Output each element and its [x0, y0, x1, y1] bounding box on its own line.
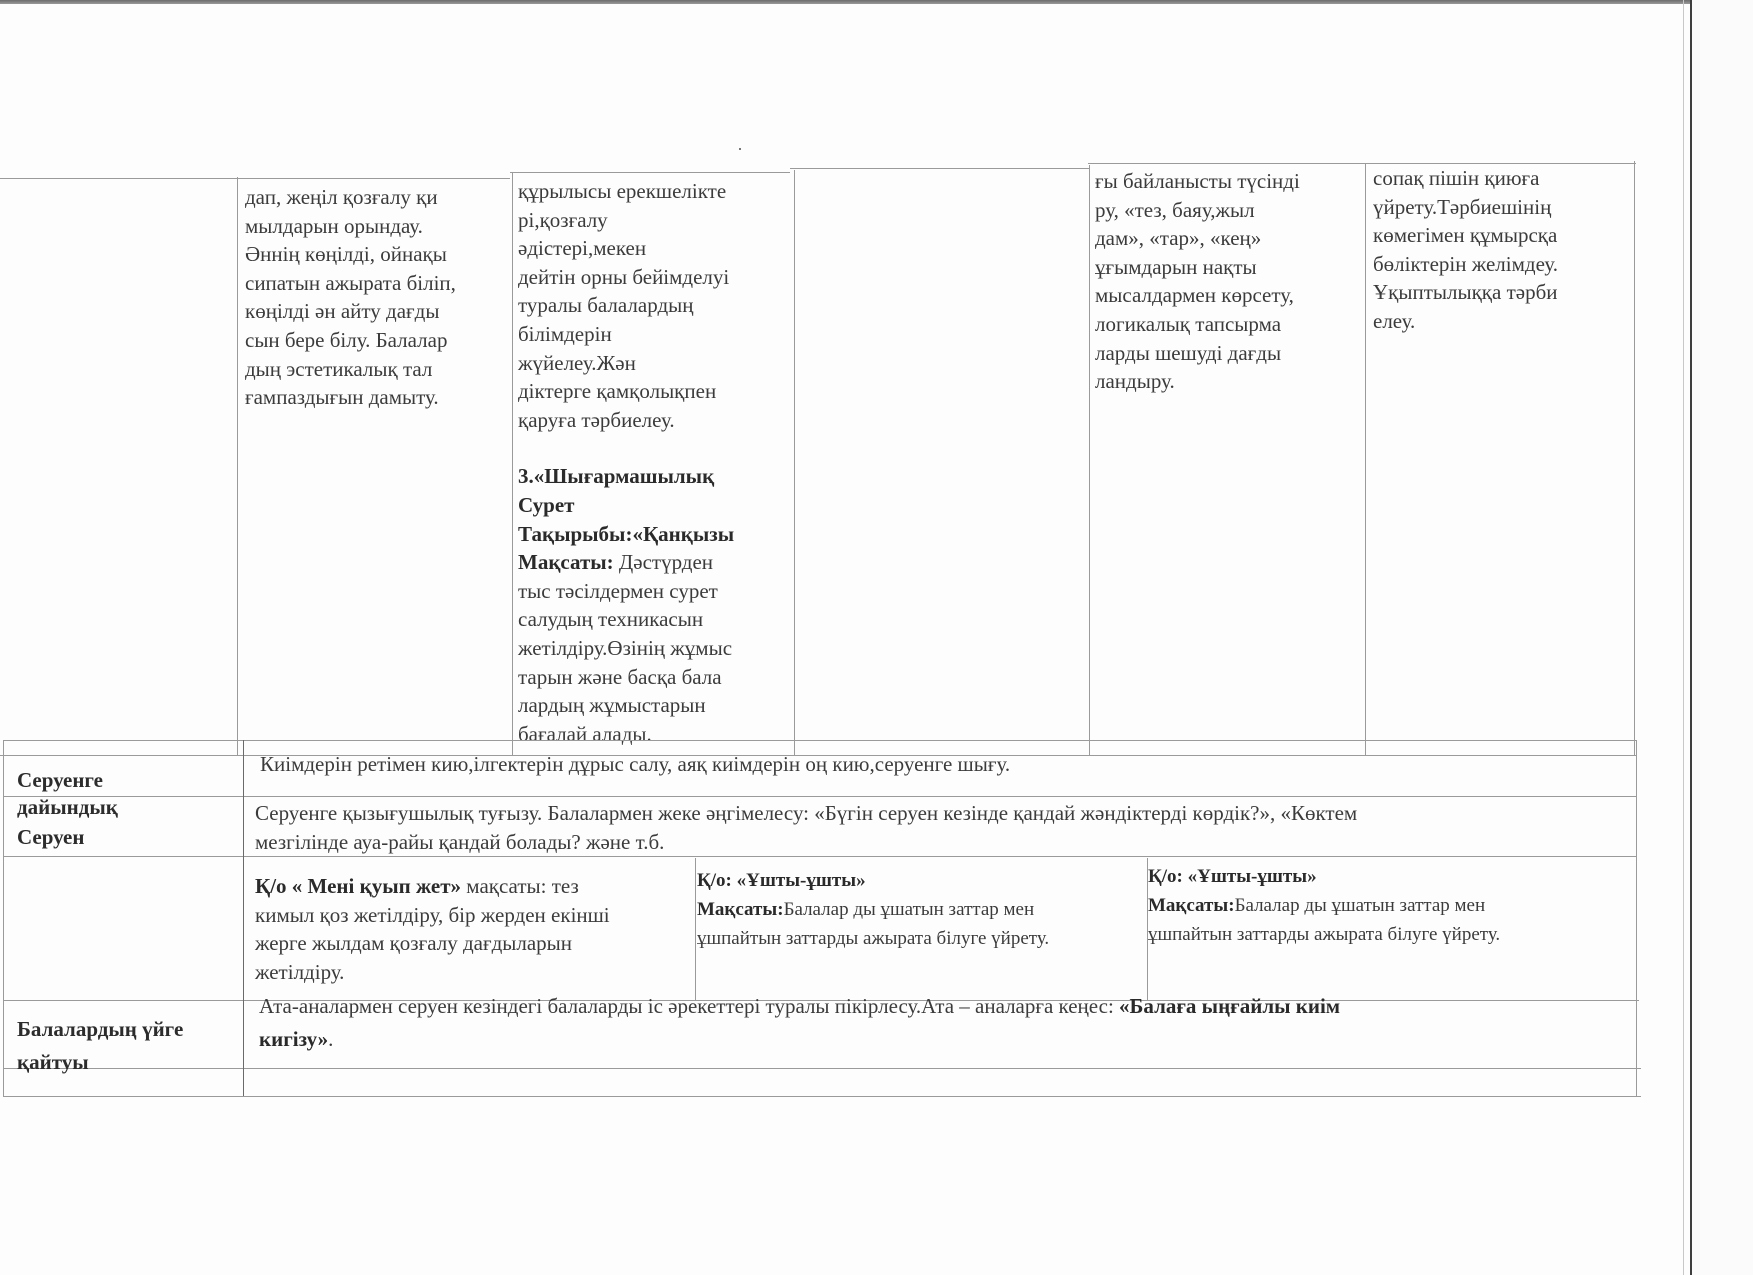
label-line: дайындық	[17, 794, 237, 821]
game-catch-me: Қ/о « Мені қуып жет» мақсаты: тез кимыл …	[255, 872, 691, 986]
text-line: үйрету.Тәрбиешінің	[1373, 193, 1631, 222]
row-text-walk-prep: Киімдерін ретімен кию,ілгектерін дұрыс с…	[260, 750, 1630, 779]
text-line: дың эстетикалық тал	[245, 355, 507, 384]
cell-nature-goals: құрылысы ерекшелікте рі,қозғалу әдістері…	[518, 177, 793, 748]
column-divider	[794, 170, 795, 755]
text-line: мезгілінде ауа-райы қандай болады? және …	[255, 828, 1630, 857]
text-line: білімдерін	[518, 320, 793, 349]
text-line: мысалдармен көрсету,	[1095, 281, 1363, 310]
row-divider	[3, 740, 1637, 741]
text-line: дейтін орны бейімделуі	[518, 263, 793, 292]
game-title: Қ/о: «Ұшты-ұшты»	[697, 870, 866, 891]
text-line: жетілдіру.Өзінің жұмыс	[518, 634, 793, 663]
row-label-walk: Серуен	[17, 824, 237, 851]
text-line: ұғымдарын нақты	[1095, 253, 1363, 282]
row-label-walk-prep: Серуенге дайындық	[17, 767, 237, 821]
row-text-walk: Серуенге қызығушылық туғызу. Балалармен …	[255, 799, 1630, 856]
column-divider	[1089, 165, 1090, 755]
text-line: логикалық тапсырма	[1095, 310, 1363, 339]
text-line: салудың техникасын	[518, 605, 793, 634]
column-divider	[243, 740, 244, 1096]
column-divider	[512, 172, 513, 755]
text-line: сипатын ажырата біліп,	[245, 269, 507, 298]
cell-math-goals: ғы байланысты түсінді ру, «тез, баяу,жыл…	[1095, 167, 1363, 396]
text-line: Серуенге қызығушылық туғызу. Балалармен …	[255, 799, 1630, 828]
text-line: ғампаздығын дамыту.	[245, 383, 507, 412]
text-line: қаруға тәрбиелеу.	[518, 406, 793, 435]
column-divider	[1634, 161, 1635, 755]
text-line: діктерге қамқолықпен	[518, 377, 793, 406]
text-line: жүйелеу.Жән	[518, 349, 793, 378]
game-flies-2: Қ/о: «Ұшты-ұшты» Мақсаты:Балалар ды ұшат…	[1148, 862, 1628, 949]
text-line: әдістері,мекен	[518, 234, 793, 263]
text-line: жерге жылдам қозғалу дағдыларын	[255, 929, 691, 958]
text-line: мылдарын орындау.	[245, 212, 507, 241]
text-line: көмегімен құмырсқа	[1373, 221, 1631, 250]
speck	[739, 148, 741, 150]
text-line: ұшпайтын заттарды ажырата білуге үйрету.	[1148, 920, 1628, 949]
game-title: Қ/о « Мені қуып жет»	[255, 874, 461, 898]
column-divider	[1365, 163, 1366, 755]
row-divider	[3, 796, 1637, 797]
text-line: тарын және басқа бала	[518, 663, 793, 692]
text-line: Ұқыптылыққа тәрби	[1373, 278, 1631, 307]
scan-margin	[1692, 0, 1753, 1275]
game-flies: Қ/о: «Ұшты-ұшты» Мақсаты:Балалар ды ұшат…	[697, 866, 1143, 953]
scan-edge-line	[1683, 0, 1684, 1275]
text-line: елеу.	[1373, 307, 1631, 336]
activity-heading: 3.«Шығармашылық	[518, 462, 793, 491]
column-divider	[237, 177, 238, 755]
text-line: жетілдіру.	[255, 958, 691, 987]
row-text-going-home: Ата-аналармен серуен кезіндегі балаларды…	[259, 990, 1629, 1056]
text-line: ландыру.	[1095, 367, 1363, 396]
table-border	[510, 172, 790, 173]
text-line: ларды шешуді дағды	[1095, 339, 1363, 368]
label-line: қайтуы	[17, 1046, 237, 1079]
text-line: тыс тәсілдермен сурет	[518, 577, 793, 606]
row-label-going-home: Балалардың үйге қайтуы	[17, 1013, 237, 1079]
table-bottom-border	[3, 1096, 1641, 1097]
cell-applique-goals: сопақ пішін қиюға үйрету.Тәрбиешінің көм…	[1373, 164, 1631, 336]
text-line: лардың жұмыстарын	[518, 691, 793, 720]
text-line: Әннің көңілді, ойнақы	[245, 240, 507, 269]
table-border	[0, 178, 510, 179]
game-title: Қ/о: «Ұшты-ұшты»	[1148, 866, 1317, 887]
activity-topic: Тақырыбы:«Қанқызы	[518, 520, 793, 549]
text-line: құрылысы ерекшелікте	[518, 177, 793, 206]
cell-music-goals: дап, жеңіл қозғалу қи мылдарын орындау. …	[245, 183, 507, 412]
text-line: ұшпайтын заттарды ажырата білуге үйрету.	[697, 924, 1143, 953]
label-line: Серуен	[17, 824, 237, 851]
text-line: кимыл қоз жетілдіру, бір жерден екінші	[255, 901, 691, 930]
text-line: дам», «тар», «кең»	[1095, 224, 1363, 253]
text-line: ғы байланысты түсінді	[1095, 167, 1363, 196]
table-right-border	[1636, 740, 1637, 1096]
row-divider	[3, 1068, 1641, 1069]
label-line: Серуенге	[17, 767, 237, 794]
text-line: бағалай алады.	[518, 720, 793, 749]
text-line: сопақ пішін қиюға	[1373, 164, 1631, 193]
scan-top-edge	[0, 0, 1753, 4]
text-line: көңілді ән айту дағды	[245, 297, 507, 326]
label-line: Балалардың үйге	[17, 1013, 237, 1046]
activity-goal: Мақсаты: Дәстүрден	[518, 548, 793, 577]
text-line: рі,қозғалу	[518, 206, 793, 235]
text-line: бөліктерін желімдеу.	[1373, 250, 1631, 279]
table-border	[790, 168, 1090, 169]
text-line: туралы балалардың	[518, 291, 793, 320]
activity-heading: Сурет	[518, 491, 793, 520]
text-line: ру, «тез, баяу,жыл	[1095, 196, 1363, 225]
text-line: сын бере білу. Балалар	[245, 326, 507, 355]
table-left-border	[3, 740, 4, 1096]
column-divider	[695, 858, 696, 1000]
text-line: дап, жеңіл қозғалу қи	[245, 183, 507, 212]
